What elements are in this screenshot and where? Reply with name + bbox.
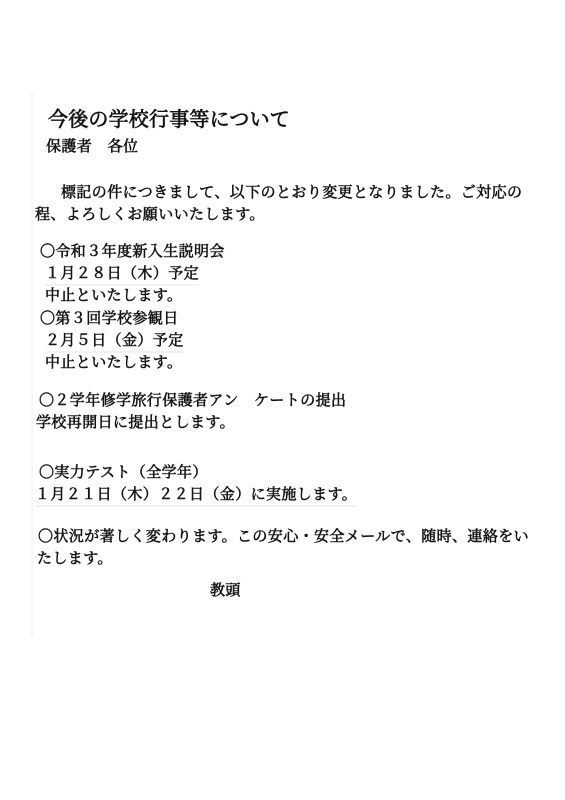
- announcement-2-heading: 〇第３回学校参観日: [40, 310, 179, 327]
- announcement-2-status: 中止といたします。: [45, 354, 182, 371]
- notice-title: 今後の学校行事等について: [48, 109, 290, 131]
- scan-edge-artifact: [31, 92, 33, 637]
- notice-page: 今後の学校行事等について 保護者 各位 標記の件につきまして、以下のとおり変更と…: [0, 0, 565, 800]
- announcement-2-date: ２月５日（金）予定: [45, 332, 184, 353]
- intro-line-2: 程、よろしくお願いいたします。: [35, 206, 265, 223]
- announcement-4-heading: 〇実力テスト（全学年）: [39, 464, 208, 481]
- announcement-1-date: １月２８日（木）予定: [45, 265, 199, 286]
- announcement-1-status: 中止といたします。: [45, 287, 182, 304]
- intro-line-1: 標記の件につきまして、以下のとおり変更となりました。ご対応の: [61, 184, 522, 201]
- announcement-3-detail: 学校再開日に提出とします。: [36, 414, 235, 431]
- salutation: 保護者 各位: [46, 138, 138, 155]
- announcement-5-heading: 〇状況が著しく変わります。この安心・安全メールで、随時、連絡をい: [38, 528, 529, 545]
- announcement-1-heading: 〇令和３年度新入生説明会: [40, 243, 225, 260]
- announcement-4-detail: １月２１日（木）２２日（金）に実施します。: [35, 486, 357, 507]
- announcement-3-heading: 〇２学年修学旅行保護者アン ケートの提出: [39, 392, 346, 409]
- announcement-5-detail: たします。: [37, 550, 113, 567]
- signature: 教頭: [210, 582, 241, 599]
